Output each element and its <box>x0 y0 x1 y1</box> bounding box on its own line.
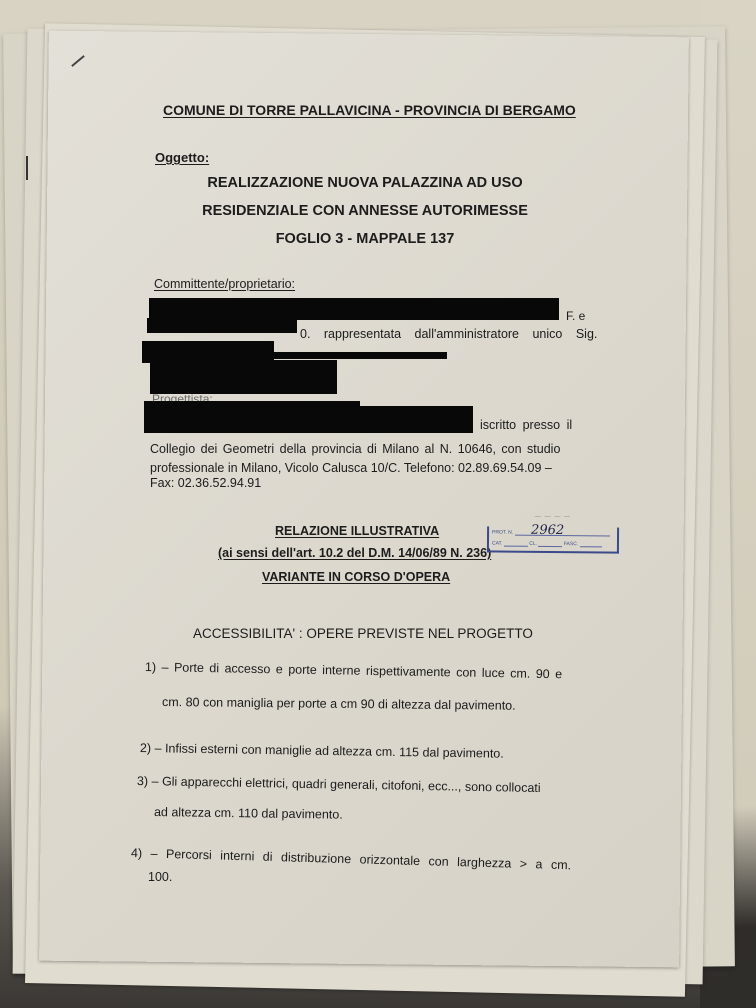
subject-line-2: RESIDENZIALE CON ANNESSE AUTORIMESSE <box>160 203 570 219</box>
stamp-line <box>504 541 528 547</box>
relazione-variant: VARIANTE IN CORSO D'OPERA <box>262 570 450 584</box>
stamp-cat-label: CAT. <box>492 540 503 546</box>
committente-line2: 0. rappresentata dall'amministratore uni… <box>300 327 597 341</box>
protocol-stamp: PROT. N. 2962 CAT. CL. FASC. <box>487 526 619 553</box>
committente-line1-end: F. e <box>566 309 585 323</box>
committente-label: Committente/proprietario: <box>154 277 295 291</box>
redaction-bar <box>272 352 447 359</box>
stamp-row-cat: CAT. CL. FASC. <box>492 540 612 547</box>
document-header: COMUNE DI TORRE PALLAVICINA - PROVINCIA … <box>163 102 576 118</box>
relazione-title: RELAZIONE ILLUSTRATIVA <box>275 524 439 538</box>
accessibility-title: ACCESSIBILITA' : OPERE PREVISTE NEL PROG… <box>193 626 533 641</box>
subject-line-3: FOGLIO 3 - MAPPALE 137 <box>160 231 570 247</box>
list-item-2-line1: 2) – Infissi esterni con maniglie ad alt… <box>140 741 504 761</box>
list-item-4-line2: 100. <box>148 870 172 884</box>
list-item-3-line2: ad altezza cm. 110 dal pavimento. <box>154 805 343 822</box>
stamp-line <box>580 541 602 547</box>
stamp-prot-label: PROT. N. <box>492 529 513 535</box>
stamp-prot-number: 2962 <box>531 523 564 538</box>
redaction-bar <box>149 298 559 320</box>
list-item-1-line1: 1) – Porte di accesso e porte interne ri… <box>145 660 562 681</box>
list-item-4-line1: 4) – Percorsi interni di distribuzione o… <box>131 846 571 872</box>
redaction-bar <box>320 406 473 433</box>
redaction-bar <box>150 360 337 394</box>
subject-line-1: REALIZZAZIONE NUOVA PALAZZINA AD USO <box>160 175 570 191</box>
stamp-cl-label: CL. <box>529 541 537 547</box>
oggetto-label: Oggetto: <box>155 150 209 165</box>
document-page: COMUNE DI TORRE PALLAVICINA - PROVINCIA … <box>0 0 756 1008</box>
stamp-fasc-label: FASC. <box>564 541 579 547</box>
progettista-line4: Fax: 02.36.52.94.91 <box>150 476 261 490</box>
redaction-bar <box>147 318 297 333</box>
progettista-line1-end: iscritto presso il <box>480 418 572 432</box>
progettista-line3: professionale in Milano, Vicolo Calusca … <box>150 461 552 475</box>
list-item-1-line2: cm. 80 con maniglia per porte a cm 90 di… <box>162 695 516 713</box>
relazione-reference: (ai sensi dell'art. 10.2 del D.M. 14/06/… <box>218 546 491 560</box>
stamp-faint-text: — — — — <box>535 514 571 520</box>
progettista-line2: Collegio dei Geometri della provincia di… <box>150 442 560 456</box>
stamp-line <box>538 541 562 547</box>
list-item-3-line1: 3) – Gli apparecchi elettrici, quadri ge… <box>137 774 541 795</box>
